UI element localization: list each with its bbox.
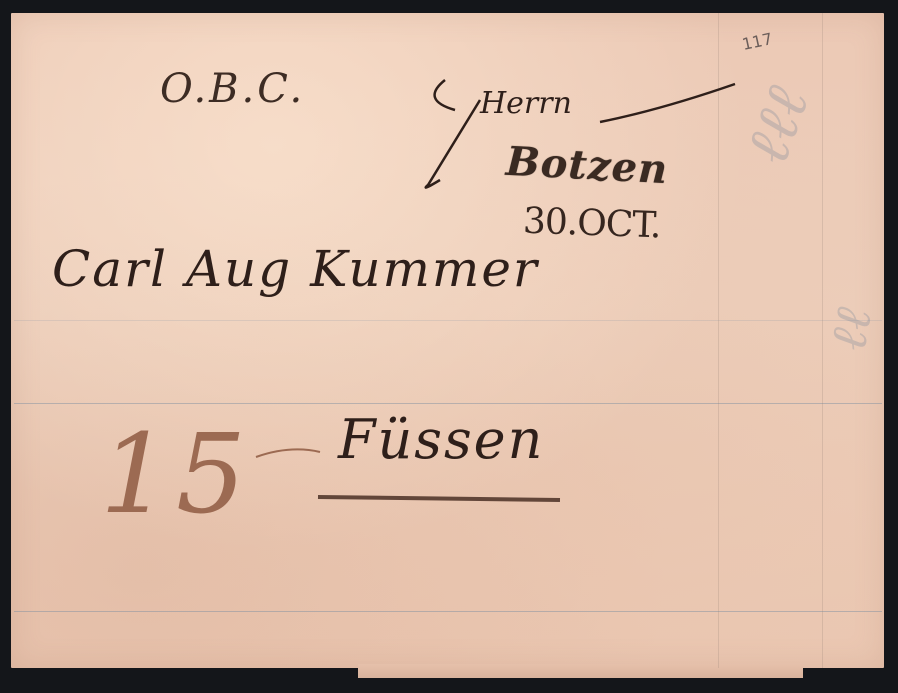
pen-flourishes — [0, 0, 898, 693]
rate-tail — [256, 449, 320, 457]
destination-underline — [318, 497, 560, 500]
herrn-flourish — [426, 80, 735, 188]
